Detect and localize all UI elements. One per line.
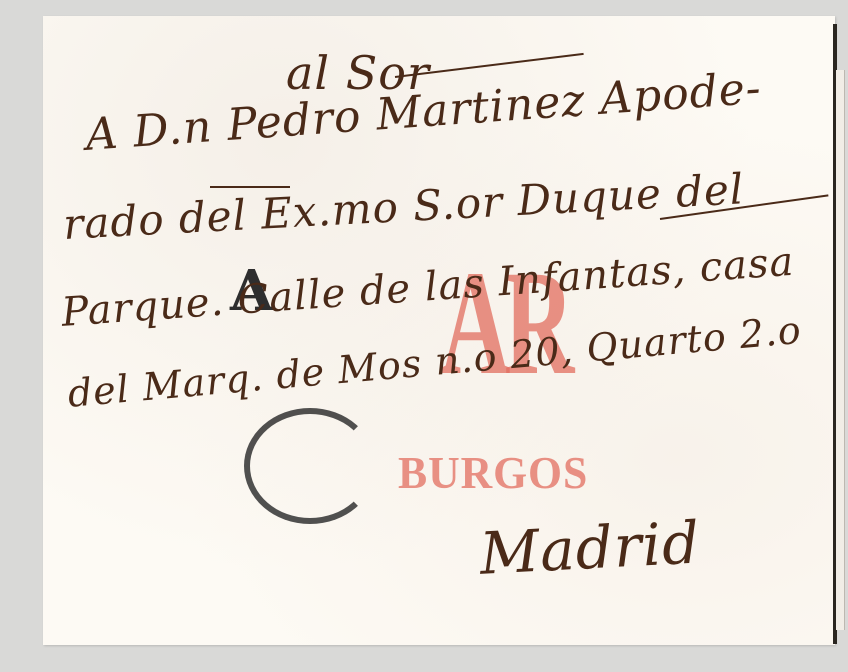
red-burgos-postmark: BURGOS (398, 446, 588, 499)
address-city: Madrid (478, 508, 702, 587)
folded-flap (836, 70, 845, 630)
